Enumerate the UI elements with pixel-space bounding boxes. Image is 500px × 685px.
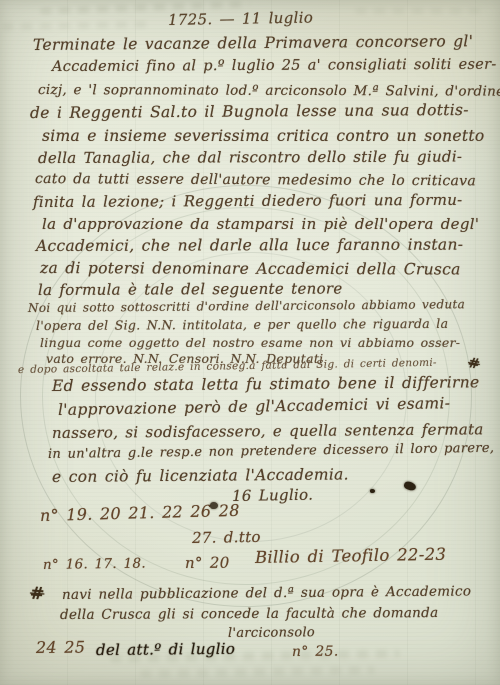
manuscript-line: za di potersi denominare Accademici dell… [40,259,461,278]
ghost-text [355,8,480,14]
manuscript-line: Accademici fino al p.º luglio 25 a' cons… [52,57,497,75]
record-number: n° 20 [185,554,230,572]
record-number: n° 25. [292,644,339,660]
manuscript-page: 1725. — 11 luglio Terminate le vacanze d… [0,0,500,685]
record-name: Billio di Teofilo 22-23 [255,545,447,567]
hash-mark: # [467,355,481,373]
manuscript-line: de i Reggenti Sal.to il Bugnola lesse un… [30,101,469,122]
manuscript-line: sima e insieme severissima critica contr… [42,127,485,145]
manuscript-line: Ed essendo stata letta fu stimato bene i… [52,373,480,395]
ghost-text [140,666,375,678]
date-ditto: 27. d.tto [192,528,261,547]
manuscript-line: lingua come oggetto del nostro esame non… [40,335,460,350]
manuscript-line: della Tanaglia, che dal riscontro dello … [38,148,462,167]
manuscript-line: nassero, si sodisfacessero, e quella sen… [52,420,484,442]
manuscript-line: l'arciconsolo [228,625,315,641]
ghost-text [2,21,152,31]
manuscript-line: e con ciò fu licenziata l'Accademia. [52,465,349,486]
ink-blot [370,489,375,493]
date-heading: 1725. — 11 luglio [168,8,313,29]
manuscript-line: l'approvazione però de gl'Accademici vi … [58,394,451,419]
manuscript-line: del att.º di luglio [96,640,235,659]
manuscript-line: Terminate le vacanze della Primavera con… [33,32,473,54]
manuscript-line: navi nella pubblicazione del d.ª sua opr… [62,583,471,603]
manuscript-line: cizj, e 'l soprannominato lod.º arcicons… [38,82,500,100]
manuscript-line: la formula è tale del seguente tenore [38,279,343,299]
ink-blot [210,502,218,509]
record-numbers: n° 16. 17. 18. [43,556,146,573]
manuscript-line: cato da tutti essere dell'autore medesim… [35,171,476,189]
hash-mark: # [29,584,45,605]
manuscript-line: Noi qui sotto sottoscritti d'ordine dell… [28,297,465,315]
record-numbers: 24 25 [36,638,85,657]
manuscript-line: l'opera del Sig. N.N. intitolata, e per … [36,316,448,333]
manuscript-line: finita la lezione; i Reggenti diedero fu… [33,191,463,211]
manuscript-line: in un'altra g.le resp.e non pretendere d… [48,441,494,462]
manuscript-line: la d'approvazione da stamparsi in piè de… [42,215,479,233]
manuscript-line: della Crusca gli si concede la facultà c… [60,605,439,623]
manuscript-line: Accademici, che nel darle alla luce fara… [36,236,463,255]
ink-blot [403,480,417,491]
date-subheading: 16 Luglio. [232,486,314,505]
